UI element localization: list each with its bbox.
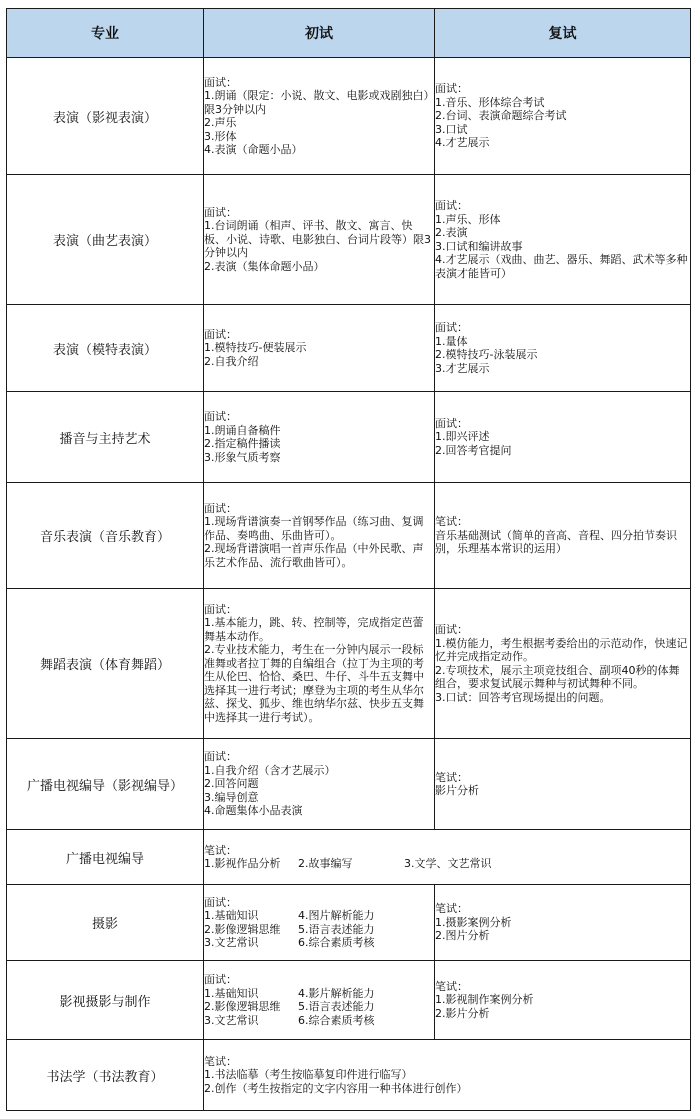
- preliminary-cell: 面试： 1.朗诵（限定：小说、散文、电影或戏剧独白）限3分钟以内 2.声乐 3.…: [204, 58, 435, 175]
- preliminary-cell: 面试： 1.朗诵自备稿件 2.指定稿件播读 3.形象气质考察: [204, 392, 435, 483]
- detail-item: 2.影像逻辑思维: [204, 1000, 298, 1014]
- detail-line: 1.基本能力，跳、转、控制等，完成指定芭蕾舞基本动作。: [204, 616, 434, 643]
- major-cell: 广播电视编导（影视编导）: [7, 739, 204, 830]
- header-preliminary: 初试: [204, 9, 435, 58]
- major-cell: 播音与主持艺术: [7, 392, 204, 483]
- detail-line: 2.专业技术能力，考生在一分钟内展示一段标准舞或者拉丁舞的自编组合（拉丁为主项的…: [204, 643, 434, 724]
- merged-exam-cell: 笔试： 1.书法临摹（考生按临摹复印件进行临写） 2.创作（考生按指定的文字内容…: [204, 1040, 691, 1111]
- detail-line: 3.口试：回答考官现场提出的问题。: [435, 691, 690, 705]
- detail-line: 1.自我介绍（含才艺展示）: [204, 764, 434, 778]
- table-header-row: 专业 初试 复试: [7, 9, 691, 58]
- table-row: 音乐表演（音乐教育） 面试： 1.现场背谱演奏一首钢琴作品（练习曲、复调作品、奏…: [7, 483, 691, 589]
- header-major: 专业: [7, 9, 204, 58]
- retest-cell: 笔试： 影片分析: [435, 739, 691, 830]
- retest-cell: 面试： 1.即兴评述 2.回答考官提问: [435, 392, 691, 483]
- detail-line: 2.声乐: [204, 116, 434, 130]
- detail-line: 1.即兴评述: [435, 430, 690, 444]
- major-cell: 表演（模特表演）: [7, 305, 204, 392]
- detail-line: 面试：: [204, 410, 434, 424]
- major-cell: 广播电视编导: [7, 830, 204, 885]
- detail-item: 1.基础知识: [204, 987, 298, 1001]
- detail-item: 5.语言表述能力: [298, 1000, 434, 1014]
- detail-line: 2.台词、表演命题综合考试: [435, 109, 690, 123]
- detail-line: 3.形体: [204, 130, 434, 144]
- detail-line: 2.现场背谱演唱一首声乐作品（中外民歌、声乐艺术作品、流行歌曲皆可）。: [204, 542, 434, 569]
- detail-item: 4.图片解析能力: [298, 909, 434, 923]
- detail-line: 面试：: [435, 623, 690, 637]
- retest-cell: 面试： 1.声乐、形体 2.表演 3.口试和编讲故事 4.才艺展示（戏曲、曲艺、…: [435, 175, 691, 305]
- detail-line: 面试：: [204, 750, 434, 764]
- detail-line: 笔试：: [435, 980, 690, 994]
- detail-line: 3.口试: [435, 123, 690, 137]
- detail-line: 2.回答问题: [204, 777, 434, 791]
- detail-line: 影片分析: [435, 784, 690, 798]
- retest-cell: 面试： 1.模仿能力，考生根据考委给出的示范动作，快速记忆并完成指定动作。 2.…: [435, 589, 691, 739]
- detail-item: 3.文艺常识: [204, 1014, 298, 1028]
- detail-line: 3.才艺展示: [435, 362, 690, 376]
- detail-item: 2.故事编写: [298, 857, 404, 871]
- preliminary-cell: 面试： 1.基础知识 4.影片解析能力 2.影像逻辑思维 5.语言表述能力 3.…: [204, 961, 435, 1040]
- detail-line: 2.创作（考生按指定的文字内容用一种书体进行创作）: [204, 1082, 690, 1096]
- detail-line: 1.影视制作案例分析: [435, 993, 690, 1007]
- detail-line: 面试：: [204, 328, 434, 342]
- detail-line: 3.编导创意: [204, 791, 434, 805]
- detail-item: 3.文艺常识: [204, 936, 298, 950]
- detail-line: 2.表演: [435, 226, 690, 240]
- retest-cell: 面试： 1.音乐、形体综合考试 2.台词、表演命题综合考试 3.口试 4.才艺展…: [435, 58, 691, 175]
- table-row: 表演（曲艺表演） 面试： 1.台词朗诵（相声、评书、散文、寓言、快板、小说、诗歌…: [7, 175, 691, 305]
- detail-line: 1.朗诵自备稿件: [204, 424, 434, 438]
- preliminary-cell: 面试： 1.现场背谱演奏一首钢琴作品（练习曲、复调作品、奏鸣曲、乐曲皆可）。 2…: [204, 483, 435, 589]
- preliminary-cell: 面试： 1.基本能力，跳、转、控制等，完成指定芭蕾舞基本动作。 2.专业技术能力…: [204, 589, 435, 739]
- detail-line: 4.命题集体小品表演: [204, 804, 434, 818]
- detail-line: 面试：: [204, 502, 434, 516]
- detail-line: 1.量体: [435, 335, 690, 349]
- detail-line: 2.影片分析: [435, 1007, 690, 1021]
- detail-item: 2.影像逻辑思维: [204, 923, 298, 937]
- detail-line: 笔试：: [204, 1055, 690, 1069]
- detail-line: 2.回答考官提问: [435, 444, 690, 458]
- detail-line: 4.才艺展示: [435, 136, 690, 150]
- major-cell: 摄影: [7, 885, 204, 961]
- detail-line: 4.表演（命题小品）: [204, 143, 434, 157]
- detail-grid: 1.基础知识 4.图片解析能力 2.影像逻辑思维 5.语言表述能力 3.文艺常识…: [204, 909, 434, 950]
- detail-line: 4.才艺展示（戏曲、曲艺、器乐、舞蹈、武术等多种表演才能皆可）: [435, 253, 690, 280]
- preliminary-cell: 面试： 1.模特技巧-便装展示 2.自我介绍: [204, 305, 435, 392]
- detail-item: 3.文学、文艺常识: [404, 857, 492, 871]
- major-cell: 音乐表演（音乐教育）: [7, 483, 204, 589]
- retest-cell: 笔试： 1.摄影案例分析 2.图片分析: [435, 885, 691, 961]
- table-row: 舞蹈表演（体育舞蹈） 面试： 1.基本能力，跳、转、控制等，完成指定芭蕾舞基本动…: [7, 589, 691, 739]
- detail-line: 1.模特技巧-便装展示: [204, 341, 434, 355]
- detail-line: 1.声乐、形体: [435, 213, 690, 227]
- detail-line: 2.图片分析: [435, 929, 690, 943]
- detail-line: 面试：: [204, 973, 434, 987]
- detail-line: 1.朗诵（限定：小说、散文、电影或戏剧独白）限3分钟以内: [204, 89, 434, 116]
- detail-line: 笔试：: [435, 515, 690, 529]
- table-row: 表演（影视表演） 面试： 1.朗诵（限定：小说、散文、电影或戏剧独白）限3分钟以…: [7, 58, 691, 175]
- detail-item: 4.影片解析能力: [298, 987, 434, 1001]
- detail-line: 1.书法临摹（考生按临摹复印件进行临写）: [204, 1068, 690, 1082]
- header-retest: 复试: [435, 9, 691, 58]
- detail-line: 音乐基础测试（简单的音高、音程、四分拍节奏识别，乐理基本常识的运用）: [435, 529, 690, 556]
- detail-line: 1.台词朗诵（相声、评书、散文、寓言、快板、小说、诗歌、电影独白、台词片段等）限…: [204, 219, 434, 260]
- table-row: 书法学（书法教育） 笔试： 1.书法临摹（考生按临摹复印件进行临写） 2.创作（…: [7, 1040, 691, 1111]
- table-row: 摄影 面试： 1.基础知识 4.图片解析能力 2.影像逻辑思维 5.语言表述能力…: [7, 885, 691, 961]
- detail-line: 1.现场背谱演奏一首钢琴作品（练习曲、复调作品、奏鸣曲、乐曲皆可）。: [204, 515, 434, 542]
- detail-item: 1.基础知识: [204, 909, 298, 923]
- detail-line: 2.模特技巧-泳装展示: [435, 348, 690, 362]
- major-cell: 书法学（书法教育）: [7, 1040, 204, 1111]
- detail-line: 2.表演（集体命题小品）: [204, 260, 434, 274]
- retest-cell: 笔试： 音乐基础测试（简单的音高、音程、四分拍节奏识别，乐理基本常识的运用）: [435, 483, 691, 589]
- detail-item: 6.综合素质考核: [298, 1014, 434, 1028]
- major-cell: 表演（曲艺表演）: [7, 175, 204, 305]
- detail-line: 笔试：: [204, 844, 690, 858]
- major-cell: 舞蹈表演（体育舞蹈）: [7, 589, 204, 739]
- detail-line: 面试：: [435, 82, 690, 96]
- major-cell: 影视摄影与制作: [7, 961, 204, 1040]
- preliminary-cell: 面试： 1.基础知识 4.图片解析能力 2.影像逻辑思维 5.语言表述能力 3.…: [204, 885, 435, 961]
- detail-line: 2.指定稿件播读: [204, 437, 434, 451]
- detail-line: 1.摄影案例分析: [435, 916, 690, 930]
- detail-line: 面试：: [435, 199, 690, 213]
- detail-item: 6.综合素质考核: [298, 936, 434, 950]
- detail-line: 1.音乐、形体综合考试: [435, 96, 690, 110]
- retest-cell: 笔试： 1.影视制作案例分析 2.影片分析: [435, 961, 691, 1040]
- detail-line: 面试：: [204, 896, 434, 910]
- detail-line: 笔试：: [435, 902, 690, 916]
- detail-line: 面试：: [204, 603, 434, 617]
- table-row: 表演（模特表演） 面试： 1.模特技巧-便装展示 2.自我介绍 面试： 1.量体…: [7, 305, 691, 392]
- detail-line: 2.专项技术，展示主项竞技组合、副项40秒的体舞组合，要求复试展示舞种与初试舞种…: [435, 664, 690, 691]
- detail-grid: 1.基础知识 4.影片解析能力 2.影像逻辑思维 5.语言表述能力 3.文艺常识…: [204, 987, 434, 1028]
- detail-line: 3.形象气质考察: [204, 451, 434, 465]
- detail-line: 2.自我介绍: [204, 355, 434, 369]
- detail-line: 面试：: [435, 321, 690, 335]
- preliminary-cell: 面试： 1.自我介绍（含才艺展示） 2.回答问题 3.编导创意 4.命题集体小品…: [204, 739, 435, 830]
- detail-items-inline: 1.影视作品分析 2.故事编写 3.文学、文艺常识: [204, 857, 690, 871]
- retest-cell: 面试： 1.量体 2.模特技巧-泳装展示 3.才艺展示: [435, 305, 691, 392]
- detail-line: 3.口试和编讲故事: [435, 240, 690, 254]
- detail-line: 面试：: [435, 417, 690, 431]
- table-row: 广播电视编导 笔试： 1.影视作品分析 2.故事编写 3.文学、文艺常识: [7, 830, 691, 885]
- merged-exam-cell: 笔试： 1.影视作品分析 2.故事编写 3.文学、文艺常识: [204, 830, 691, 885]
- exam-subjects-table: 专业 初试 复试 表演（影视表演） 面试： 1.朗诵（限定：小说、散文、电影或戏…: [6, 8, 691, 1111]
- detail-line: 面试：: [204, 76, 434, 90]
- table-row: 影视摄影与制作 面试： 1.基础知识 4.影片解析能力 2.影像逻辑思维 5.语…: [7, 961, 691, 1040]
- detail-item: 5.语言表述能力: [298, 923, 434, 937]
- detail-line: 面试：: [204, 206, 434, 220]
- detail-item: 1.影视作品分析: [204, 857, 298, 871]
- major-cell: 表演（影视表演）: [7, 58, 204, 175]
- table-row: 播音与主持艺术 面试： 1.朗诵自备稿件 2.指定稿件播读 3.形象气质考察 面…: [7, 392, 691, 483]
- preliminary-cell: 面试： 1.台词朗诵（相声、评书、散文、寓言、快板、小说、诗歌、电影独白、台词片…: [204, 175, 435, 305]
- detail-line: 笔试：: [435, 771, 690, 785]
- detail-line: 1.模仿能力，考生根据考委给出的示范动作，快速记忆并完成指定动作。: [435, 637, 690, 664]
- table-row: 广播电视编导（影视编导） 面试： 1.自我介绍（含才艺展示） 2.回答问题 3.…: [7, 739, 691, 830]
